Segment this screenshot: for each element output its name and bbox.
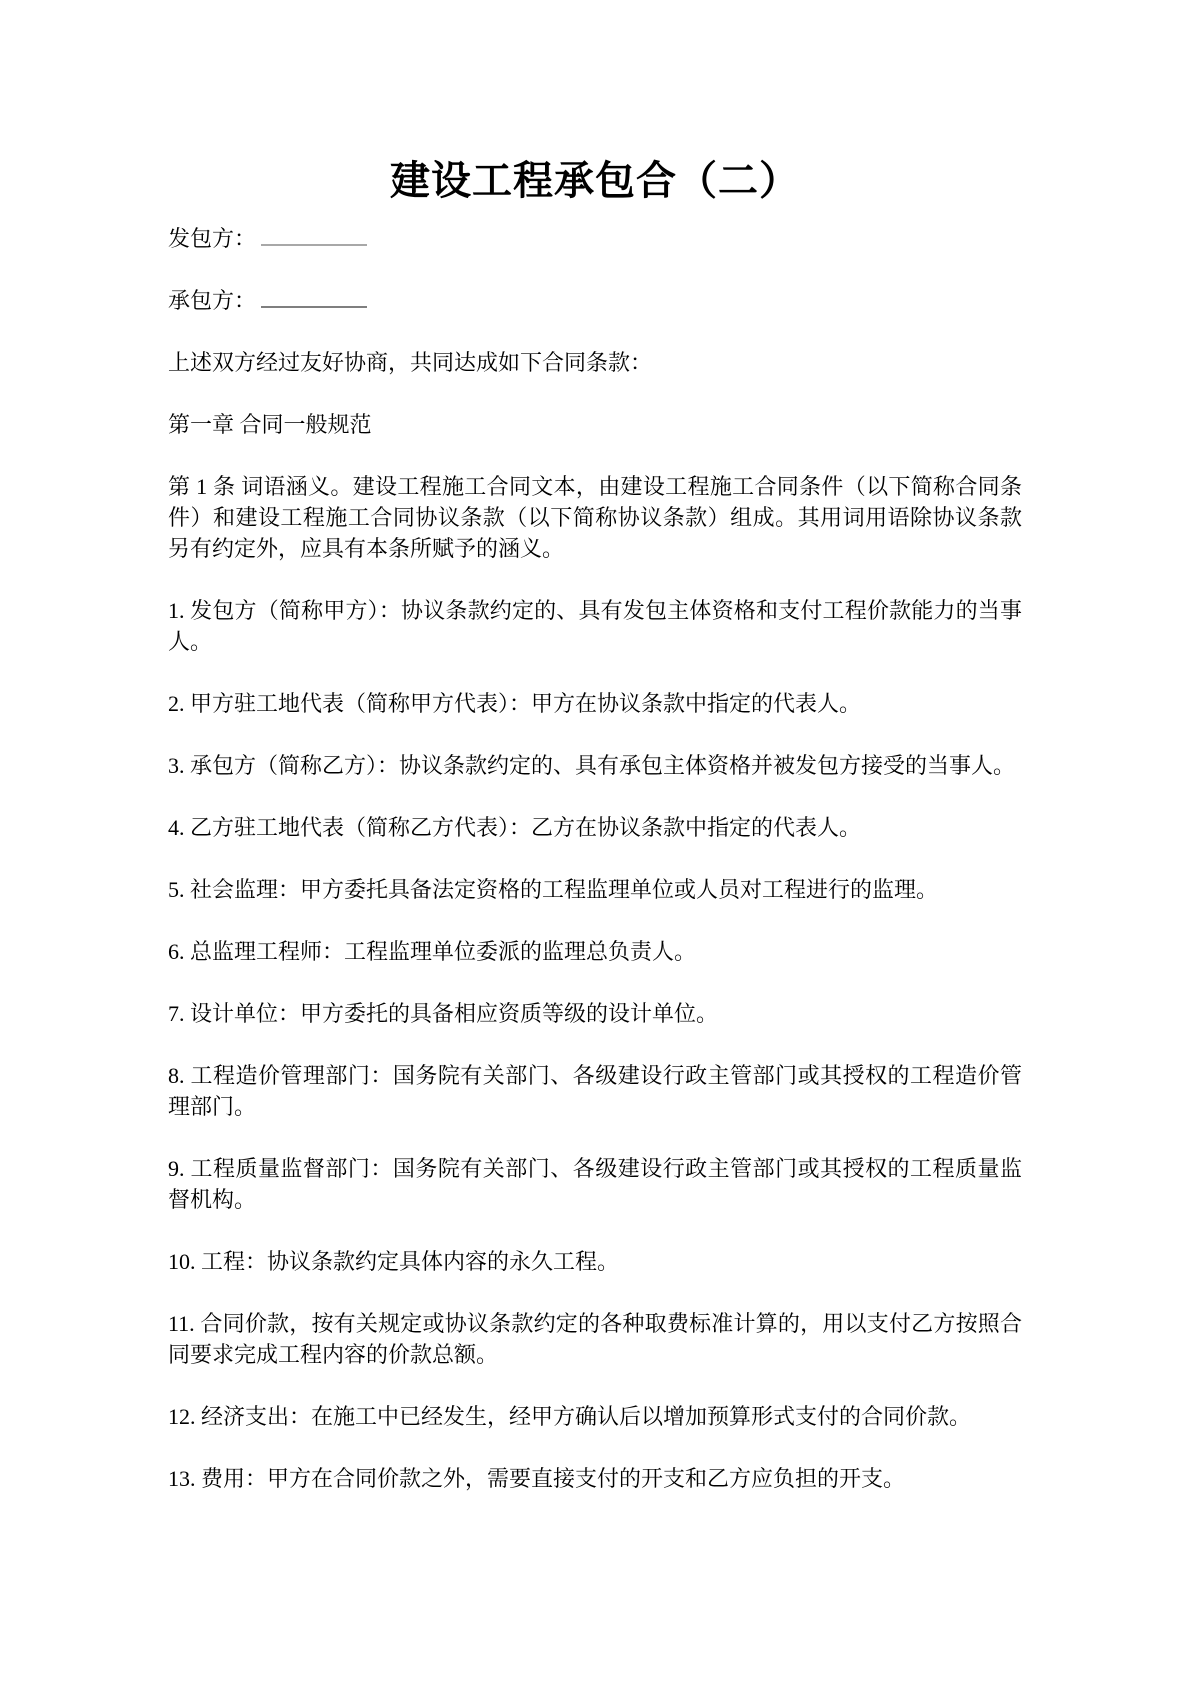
definition-item-13: 13. 费用：甲方在合同价款之外，需要直接支付的开支和乙方应负担的开支。 (168, 1463, 1022, 1494)
contract-document: 建设工程承包合（二） 发包方： 承包方： 上述双方经过友好协商，共同达成如下合同… (0, 0, 1190, 1683)
definition-item-12: 12. 经济支出：在施工中已经发生，经甲方确认后以增加预算形式支付的合同价款。 (168, 1401, 1022, 1432)
definition-item-8: 8. 工程造价管理部门：国务院有关部门、各级建设行政主管部门或其授权的工程造价管… (168, 1060, 1022, 1122)
definition-item-11: 11. 合同价款，按有关规定或协议条款约定的各种取费标准计算的，用以支付乙方按照… (168, 1308, 1022, 1370)
definition-item-10: 10. 工程：协议条款约定具体内容的永久工程。 (168, 1246, 1022, 1277)
chapter-heading: 第一章 合同一般规范 (168, 409, 1022, 440)
clause-1-paragraph: 第 1 条 词语涵义。建设工程施工合同文本，由建设工程施工合同条件（以下简称合同… (168, 471, 1022, 564)
field-employer-blank-line (261, 224, 367, 246)
definition-item-9: 9. 工程质量监督部门：国务院有关部门、各级建设行政主管部门或其授权的工程质量监… (168, 1153, 1022, 1215)
field-contractor-label: 承包方： (168, 288, 256, 313)
definition-item-5: 5. 社会监理：甲方委托具备法定资格的工程监理单位或人员对工程进行的监理。 (168, 874, 1022, 905)
intro-paragraph: 上述双方经过友好协商，共同达成如下合同条款： (168, 347, 1022, 378)
definition-item-1: 1. 发包方（简称甲方）：协议条款约定的、具有发包主体资格和支付工程价款能力的当… (168, 595, 1022, 657)
definition-item-7: 7. 设计单位：甲方委托的具备相应资质等级的设计单位。 (168, 998, 1022, 1029)
field-employer-label: 发包方： (168, 226, 256, 251)
field-employer: 发包方： (168, 223, 1022, 254)
definition-item-3: 3. 承包方（简称乙方）：协议条款约定的、具有承包主体资格并被发包方接受的当事人… (168, 750, 1022, 781)
definition-item-4: 4. 乙方驻工地代表（简称乙方代表）：乙方在协议条款中指定的代表人。 (168, 812, 1022, 843)
definition-item-2: 2. 甲方驻工地代表（简称甲方代表）：甲方在协议条款中指定的代表人。 (168, 688, 1022, 719)
field-contractor-blank-line (261, 286, 367, 308)
document-title: 建设工程承包合（二） (168, 156, 1022, 206)
definition-item-6: 6. 总监理工程师：工程监理单位委派的监理总负责人。 (168, 936, 1022, 967)
field-contractor: 承包方： (168, 285, 1022, 316)
